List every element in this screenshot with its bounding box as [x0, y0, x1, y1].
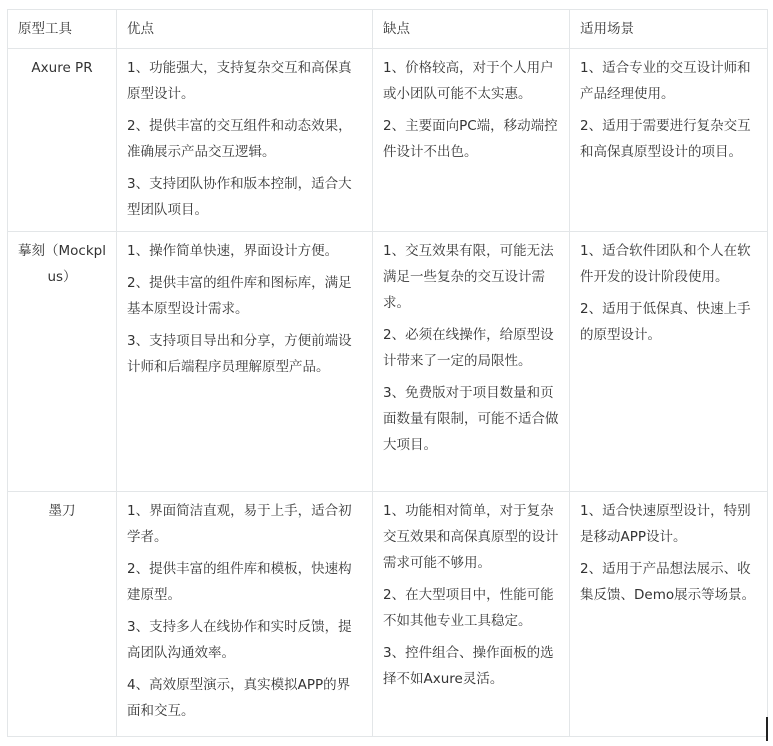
header-cons: 缺点 — [373, 10, 570, 49]
header-tool: 原型工具 — [8, 10, 117, 49]
cons-cell: 1、交互效果有限，可能无法满足一些复杂的交互设计需求。 2、必须在线操作，给原型… — [373, 232, 570, 492]
tool-name-cell: 墨刀 — [8, 492, 117, 737]
scenario-item: 2、适用于低保真、快速上手的原型设计。 — [580, 296, 757, 348]
table-row: 摹刻（Mockplus） 1、操作简单快速，界面设计方便。 2、提供丰富的组件库… — [8, 232, 768, 492]
pros-item: 1、界面简洁直观，易于上手，适合初学者。 — [127, 498, 362, 550]
pros-item: 1、功能强大，支持复杂交互和高保真原型设计。 — [127, 55, 362, 107]
text-cursor — [766, 717, 768, 741]
scenarios-cell: 1、适合专业的交互设计师和产品经理使用。 2、适用于需要进行复杂交互和高保真原型… — [570, 49, 768, 232]
cons-item: 1、价格较高，对于个人用户或小团队可能不太实惠。 — [383, 55, 559, 107]
cons-cell: 1、价格较高，对于个人用户或小团队可能不太实惠。 2、主要面向PC端，移动端控件… — [373, 49, 570, 232]
scenario-item: 2、适用于产品想法展示、收集反馈、Demo展示等场景。 — [580, 556, 757, 608]
scenario-item: 2、适用于需要进行复杂交互和高保真原型设计的项目。 — [580, 113, 757, 165]
pros-cell: 1、操作简单快速，界面设计方便。 2、提供丰富的组件库和图标库，满足基本原型设计… — [117, 232, 373, 492]
header-pros: 优点 — [117, 10, 373, 49]
header-row: 原型工具 优点 缺点 适用场景 — [8, 10, 768, 49]
cons-item: 3、控件组合、操作面板的选择不如Axure灵活。 — [383, 640, 559, 692]
table-row: Axure PR 1、功能强大，支持复杂交互和高保真原型设计。 2、提供丰富的交… — [8, 49, 768, 232]
table-row: 墨刀 1、界面简洁直观，易于上手，适合初学者。 2、提供丰富的组件库和模板，快速… — [8, 492, 768, 737]
header-scenarios: 适用场景 — [570, 10, 768, 49]
cons-item: 2、在大型项目中，性能可能不如其他专业工具稳定。 — [383, 582, 559, 634]
tool-name-cell: 摹刻（Mockplus） — [8, 232, 117, 492]
pros-item: 1、操作简单快速，界面设计方便。 — [127, 238, 362, 264]
pros-item: 3、支持多人在线协作和实时反馈，提高团队沟通效率。 — [127, 614, 362, 666]
pros-item: 3、支持项目导出和分享，方便前端设计师和后端程序员理解原型产品。 — [127, 328, 362, 380]
cons-cell: 1、功能相对简单，对于复杂交互效果和高保真原型的设计需求可能不够用。 2、在大型… — [373, 492, 570, 737]
pros-cell: 1、界面简洁直观，易于上手，适合初学者。 2、提供丰富的组件库和模板，快速构建原… — [117, 492, 373, 737]
pros-item: 4、高效原型演示，真实模拟APP的界面和交互。 — [127, 672, 362, 724]
pros-item: 2、提供丰富的组件库和模板，快速构建原型。 — [127, 556, 362, 608]
cons-item: 1、功能相对简单，对于复杂交互效果和高保真原型的设计需求可能不够用。 — [383, 498, 559, 576]
pros-item: 2、提供丰富的组件库和图标库，满足基本原型设计需求。 — [127, 270, 362, 322]
scenario-item: 1、适合专业的交互设计师和产品经理使用。 — [580, 55, 757, 107]
cons-item: 2、必须在线操作，给原型设计带来了一定的局限性。 — [383, 322, 559, 374]
cons-item: 2、主要面向PC端，移动端控件设计不出色。 — [383, 113, 559, 165]
scenarios-cell: 1、适合快速原型设计，特别是移动APP设计。 2、适用于产品想法展示、收集反馈、… — [570, 492, 768, 737]
tool-name-cell: Axure PR — [8, 49, 117, 232]
pros-cell: 1、功能强大，支持复杂交互和高保真原型设计。 2、提供丰富的交互组件和动态效果，… — [117, 49, 373, 232]
prototype-tools-comparison-table: 原型工具 优点 缺点 适用场景 Axure PR 1、功能强大，支持复杂交互和高… — [7, 9, 768, 737]
scenario-item: 1、适合软件团队和个人在软件开发的设计阶段使用。 — [580, 238, 757, 290]
cons-item: 1、交互效果有限，可能无法满足一些复杂的交互设计需求。 — [383, 238, 559, 316]
cons-item: 3、免费版对于项目数量和页面数量有限制，可能不适合做大项目。 — [383, 380, 559, 458]
scenarios-cell: 1、适合软件团队和个人在软件开发的设计阶段使用。 2、适用于低保真、快速上手的原… — [570, 232, 768, 492]
pros-item: 3、支持团队协作和版本控制，适合大型团队项目。 — [127, 171, 362, 223]
scenario-item: 1、适合快速原型设计，特别是移动APP设计。 — [580, 498, 757, 550]
pros-item: 2、提供丰富的交互组件和动态效果，准确展示产品交互逻辑。 — [127, 113, 362, 165]
